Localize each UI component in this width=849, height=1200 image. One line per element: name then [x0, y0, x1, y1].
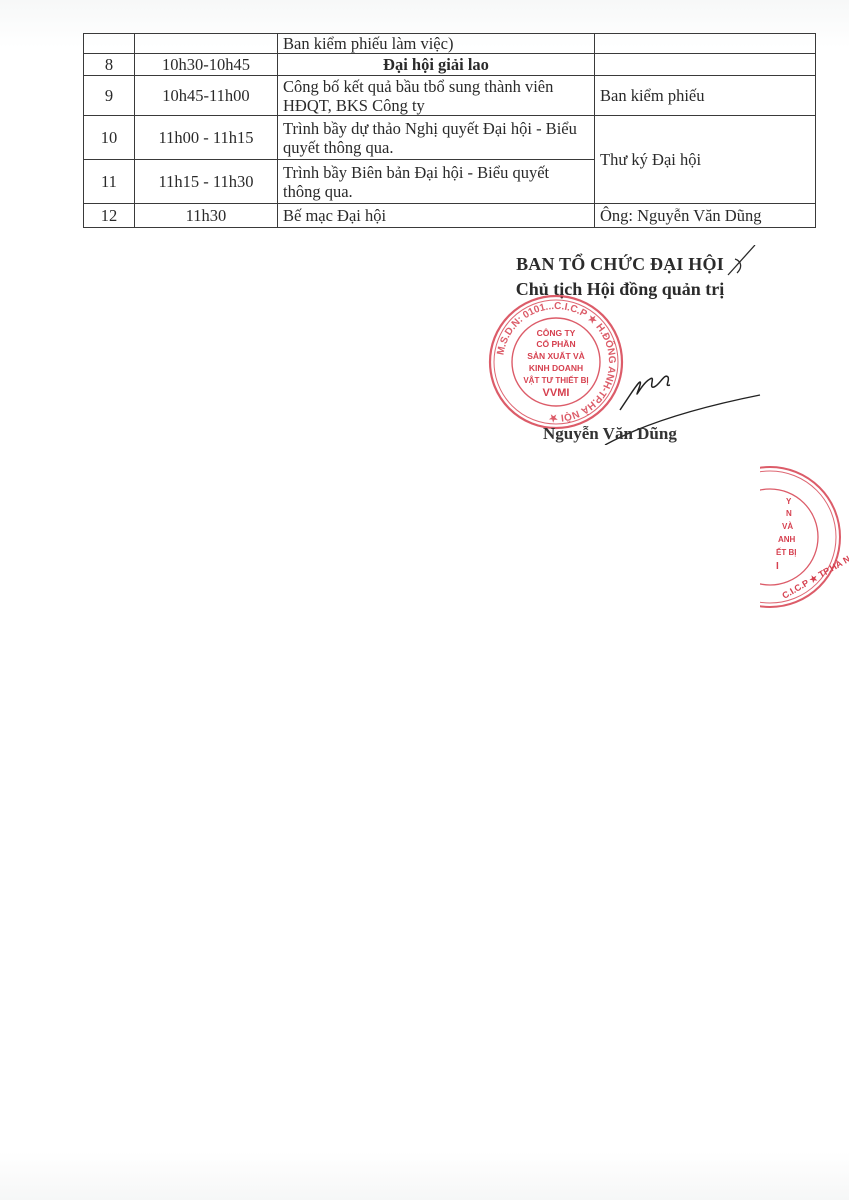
- row-number: 11: [84, 160, 135, 204]
- row-number: 10: [84, 116, 135, 160]
- row-owner: [595, 34, 816, 54]
- svg-text:VVMI: VVMI: [543, 387, 570, 399]
- company-stamp-icon: M.S.D.N: 0101...C.I.C.P ★ H.ĐÔNG ANH-TP.…: [486, 292, 626, 432]
- svg-text:SẢN XUẤT VÀ: SẢN XUẤT VÀ: [527, 350, 585, 361]
- row-owner: Thư ký Đại hội: [595, 116, 816, 204]
- table-row: Ban kiểm phiếu làm việc): [84, 34, 816, 54]
- row-content: Ban kiểm phiếu làm việc): [278, 34, 595, 54]
- table-row: 9 10h45-11h00 Công bố kết quả bầu tbổ su…: [84, 76, 816, 116]
- svg-text:ANH: ANH: [778, 535, 796, 544]
- row-owner: [595, 54, 816, 76]
- agenda-table: Ban kiểm phiếu làm việc) 8 10h30-10h45 Đ…: [83, 33, 816, 228]
- row-number: 8: [84, 54, 135, 76]
- svg-text:N: N: [786, 509, 792, 518]
- table-row: 8 10h30-10h45 Đại hội giải lao: [84, 54, 816, 76]
- table-row: 10 11h00 - 11h15 Trình bầy dự thảo Nghị …: [84, 116, 816, 160]
- row-time: 11h15 - 11h30: [135, 160, 278, 204]
- row-time: 11h30: [135, 204, 278, 228]
- row-number: 12: [84, 204, 135, 228]
- row-number: 9: [84, 76, 135, 116]
- organizing-committee-title: BAN TỔ CHỨC ĐẠI HỘI: [470, 254, 770, 275]
- row-owner: Ông: Nguyễn Văn Dũng: [595, 204, 816, 228]
- row-content: Công bố kết quả bầu tbổ sung thành viên …: [278, 76, 595, 116]
- row-number: [84, 34, 135, 54]
- partial-stamp-icon: Y N VÀ ANH ẾT BỊ I C.I.C.P ★ TP.HÀ NỘI: [760, 462, 849, 612]
- row-time: [135, 34, 278, 54]
- row-content: Trình bầy dự thảo Nghị quyết Đại hội - B…: [278, 116, 595, 160]
- row-content: Trình bầy Biên bản Đại hội - Biểu quyết …: [278, 160, 595, 204]
- row-content: Bế mạc Đại hội: [278, 204, 595, 228]
- svg-text:VÀ: VÀ: [782, 522, 793, 531]
- svg-text:CÔNG TY: CÔNG TY: [537, 327, 576, 338]
- svg-text:VẬT TƯ THIẾT BỊ: VẬT TƯ THIẾT BỊ: [523, 375, 588, 385]
- row-time: 11h00 - 11h15: [135, 116, 278, 160]
- svg-text:KINH DOANH: KINH DOANH: [529, 363, 583, 373]
- partial-stamp-edge: Y N VÀ ANH ẾT BỊ I C.I.C.P ★ TP.HÀ NỘI: [760, 462, 849, 612]
- row-time: 10h45-11h00: [135, 76, 278, 116]
- svg-text:CỔ PHẦN: CỔ PHẦN: [536, 338, 575, 349]
- row-content: Đại hội giải lao: [278, 54, 595, 76]
- svg-text:I: I: [776, 561, 779, 572]
- svg-text:ẾT BỊ: ẾT BỊ: [776, 547, 796, 557]
- table-row: 12 11h30 Bế mạc Đại hội Ông: Nguyễn Văn …: [84, 204, 816, 228]
- row-owner: Ban kiểm phiếu: [595, 76, 816, 116]
- row-time: 10h30-10h45: [135, 54, 278, 76]
- signer-name: Nguyễn Văn Dũng: [543, 424, 677, 444]
- svg-text:Y: Y: [786, 497, 792, 506]
